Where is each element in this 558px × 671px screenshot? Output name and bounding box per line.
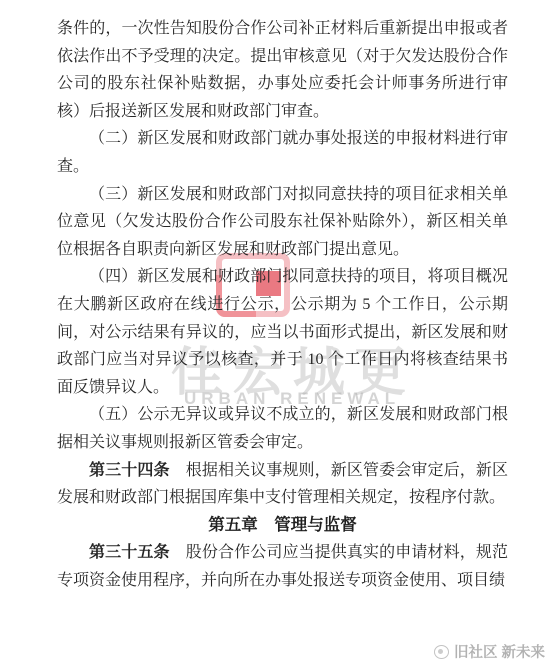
document-body: 条件的，一次性告知股份合作公司补正材料后重新提出申报或者依法作出不予受理的决定。… [57,15,508,594]
paragraph-article-34: 第三十四条 根据相关议事规则，新区管委会审定后，新区发展和财政部门根据国库集中支… [57,457,508,512]
paragraph-text: （五）公示无异议或异议不成立的，新区发展和财政部门根据相关议事规则报新区管委会审… [57,406,508,451]
paragraph-item-5: （五）公示无异议或异议不成立的，新区发展和财政部门根据相关议事规则报新区管委会审… [57,401,508,456]
paragraph-continuation: 条件的，一次性告知股份合作公司补正材料后重新提出申报或者依法作出不予受理的决定。… [57,15,508,125]
corner-watermark-text: 旧社区 新未来 [454,641,545,662]
paragraph-item-3: （三）新区发展和财政部门对拟同意扶持的项目征求相关单位意见（欠发达股份合作公司股… [57,181,508,264]
community-logo-icon [434,645,449,659]
document-page: 佳宏城更 URBAN RENEWAL 条件的，一次性告知股份合作公司补正材料后重… [0,0,558,671]
paragraph-text: （三）新区发展和财政部门对拟同意扶持的项目征求相关单位意见（欠发达股份合作公司股… [57,186,508,258]
paragraph-text: （四）新区发展和财政部门拟同意扶持的项目，将项目概况在大鹏新区政府在线进行公示，… [57,268,508,395]
paragraph-article-35: 第三十五条 股份合作公司应当提供真实的申请材料，规范专项资金使用程序，并向所在办… [57,539,508,594]
paragraph-text: （二）新区发展和财政部门就办事处报送的申报材料进行审查。 [57,130,508,175]
paragraph-text: 条件的，一次性告知股份合作公司补正材料后重新提出申报或者依法作出不予受理的决定。… [57,20,508,120]
corner-watermark: 旧社区 新未来 [434,641,545,662]
paragraph-item-4: （四）新区发展和财政部门拟同意扶持的项目，将项目概况在大鹏新区政府在线进行公示，… [57,263,508,401]
chapter-heading: 第五章 管理与监督 [57,512,508,540]
article-number: 第三十五条 [89,544,170,561]
article-number: 第三十四条 [89,462,170,479]
paragraph-item-2: （二）新区发展和财政部门就办事处报送的申报材料进行审查。 [57,125,508,180]
